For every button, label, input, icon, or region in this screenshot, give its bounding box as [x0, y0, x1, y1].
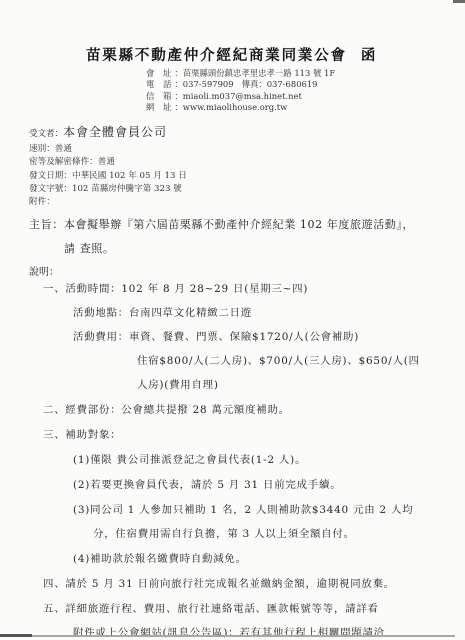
section-4-line: 四、請於 5 月 31 日前向旅行社完成報名並繳納金額，逾期視同放棄。 — [43, 575, 395, 590]
section-1-line: 一、活動時間：102 年 8 月 28~29 日(星期三~四) — [43, 280, 308, 295]
section-3-line: (3)同公司 1 人參加只補助 1 名，2 人則補助款$3440 元由 2 人均 — [73, 501, 413, 516]
section-3-line: (2)若要更換會員代表，請於 5 月 31 日前完成手續。 — [73, 476, 341, 491]
meta-attachment: 附件： — [29, 196, 187, 209]
subject-closing: 請 查照。 — [29, 237, 414, 261]
meta-classification: 密等及解密條件：普通 — [29, 156, 187, 169]
section-3-line: 三、補助對象： — [43, 426, 121, 441]
meta-date: 發文日期：中華民國 102 年 05 月 13 日 — [29, 170, 187, 183]
section-1-line: 住宿$800/人(二人房)、$700/人(三人房)、$650/人(四 — [137, 352, 420, 367]
document-type: 函 — [361, 47, 377, 64]
meta-doc-number: 發文字號：102 苗縣房仲騰字第 323 號 — [29, 183, 187, 196]
recipient-line: 受文者：本會全體會員公司 — [29, 121, 167, 140]
letterhead-title: 苗栗縣不動產仲介經紀商業同業公會函 — [86, 44, 377, 65]
section-3-line: (1)僅限 貴公司推派登記之會員代表(1-2 人)。 — [73, 451, 306, 466]
section-3-line: (4)補助款於報名繳費時自動減免。 — [73, 550, 247, 565]
subject-label: 主旨： — [29, 218, 64, 231]
scanned-document-page: 苗栗縣不動產仲介經紀商業同業公會函 會 址：苗栗縣頭份鎮忠孝里忠孝一路 113 … — [0, 0, 465, 640]
subject: 主旨：本會擬舉辦『第六屆苗栗縣不動產仲介經紀業 102 年度旅遊活動』， 請 查… — [29, 213, 414, 261]
section-3-line: 分，住宿費用需自行負擔，第 3 人以上須全額自付。 — [93, 525, 355, 540]
meta-speed: 速別：普通 — [29, 143, 187, 156]
section-1-line: 活動費用：車資、餐費、門票、保險$1720/人(公會補助) — [73, 328, 359, 343]
scan-edge-artifact — [453, 0, 465, 3]
recipient-value: 本會全體會員公司 — [63, 125, 167, 139]
contact-website: 網 址：www.miaolihouse.org.tw — [146, 102, 335, 113]
section-2-line: 二、經費部份：公會總共提撥 28 萬元額度補助。 — [43, 401, 290, 416]
organization-name: 苗栗縣不動產仲介經紀商業同業公會 — [86, 47, 347, 64]
document-meta: 速別：普通 密等及解密條件：普通 發文日期：中華民國 102 年 05 月 13… — [29, 143, 187, 209]
section-5-line: 五、詳細旅遊行程、費用、旅行社連絡電話、匯款帳號等等，請詳看 — [43, 600, 379, 615]
section-1-line: 人房)(費用自理) — [137, 376, 219, 391]
section-1-line: 活動地點：台南四草文化精緻二日遊 — [73, 304, 252, 319]
contact-block: 會 址：苗栗縣頭份鎮忠孝里忠孝一路 113 號 1F 電 話：037-59790… — [146, 68, 335, 113]
contact-email: 信 箱：miaoli.m037@msa.hinet.net — [146, 91, 335, 102]
explanation-label: 說明： — [29, 263, 59, 278]
scan-edge-artifact — [0, 634, 32, 637]
scan-edge-artifact — [0, 635, 455, 637]
contact-address: 會 址：苗栗縣頭份鎮忠孝里忠孝一路 113 號 1F — [146, 68, 335, 79]
subject-text: 本會擬舉辦『第六屆苗栗縣不動產仲介經紀業 102 年度旅遊活動』， — [64, 218, 414, 231]
contact-phone: 電 話：037-597909 傳真：037-680619 — [146, 79, 335, 90]
